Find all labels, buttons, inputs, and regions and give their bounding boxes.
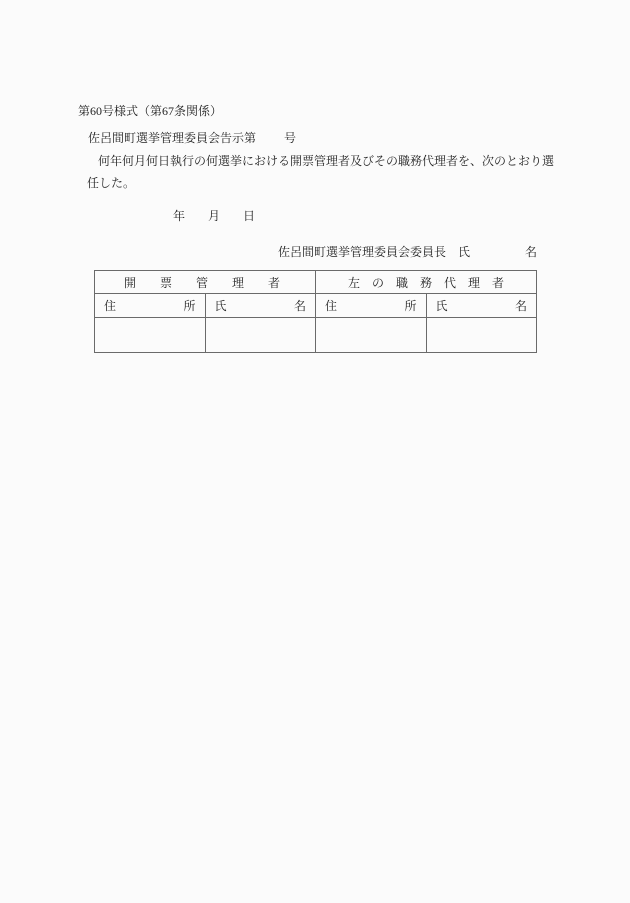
day-label: 日	[243, 208, 255, 224]
month-label: 月	[208, 208, 220, 224]
column-header-name-1: 氏 名	[205, 294, 316, 318]
year-label: 年	[173, 208, 185, 224]
table-row	[95, 318, 537, 353]
cell-manager-name[interactable]	[205, 318, 316, 353]
address-label-second: 所	[183, 297, 195, 314]
group-header-deputy-label: 左 の 職 務 代 理 者	[348, 276, 504, 290]
chairman-title: 佐呂間町選挙管理委員会委員長	[278, 244, 446, 260]
cell-deputy-name[interactable]	[426, 318, 537, 353]
document-page: 第60号様式（第67条関係） 佐呂間町選挙管理委員会告示第号 何年何月何日執行の…	[0, 0, 630, 903]
group-header-counting-manager-label: 開 票 管 理 者	[124, 276, 286, 290]
body-text-line-1: 何年何月何日執行の何選挙における開票管理者及びその職務代理者を、次のとおり選	[98, 153, 554, 169]
address-label-first: 住	[104, 297, 116, 314]
notice-suffix: 号	[284, 131, 296, 145]
name-label-first: 氏	[436, 297, 448, 314]
column-header-name-2: 氏 名	[426, 294, 537, 318]
group-header-counting-manager: 開 票 管 理 者	[95, 271, 316, 294]
group-header-row: 開 票 管 理 者 左 の 職 務 代 理 者	[95, 271, 537, 294]
column-header-row: 住 所 氏 名 住 所 氏 名	[95, 294, 537, 318]
surname-label: 氏	[458, 244, 470, 260]
givenname-label: 名	[525, 244, 537, 260]
name-label-second: 名	[294, 297, 306, 314]
name-label-first: 氏	[215, 297, 227, 314]
form-number-heading: 第60号様式（第67条関係）	[78, 103, 222, 119]
notice-prefix: 佐呂間町選挙管理委員会告示第	[88, 131, 256, 145]
body-text-line-2: 任した。	[87, 175, 135, 191]
date-line: 年 月 日	[173, 208, 255, 224]
column-header-address-2: 住 所	[316, 294, 427, 318]
address-label-first: 住	[325, 297, 337, 314]
group-header-deputy: 左 の 職 務 代 理 者	[316, 271, 537, 294]
signature-line: 佐呂間町選挙管理委員会委員長 氏 名	[278, 244, 537, 260]
column-header-address-1: 住 所	[95, 294, 206, 318]
cell-manager-address[interactable]	[95, 318, 206, 353]
signature-left-group: 佐呂間町選挙管理委員会委員長 氏	[278, 244, 470, 260]
name-label-second: 名	[515, 297, 527, 314]
appointment-table: 開 票 管 理 者 左 の 職 務 代 理 者 住 所 氏 名	[94, 270, 537, 353]
notice-line: 佐呂間町選挙管理委員会告示第号	[88, 130, 296, 146]
cell-deputy-address[interactable]	[316, 318, 427, 353]
address-label-second: 所	[404, 297, 416, 314]
